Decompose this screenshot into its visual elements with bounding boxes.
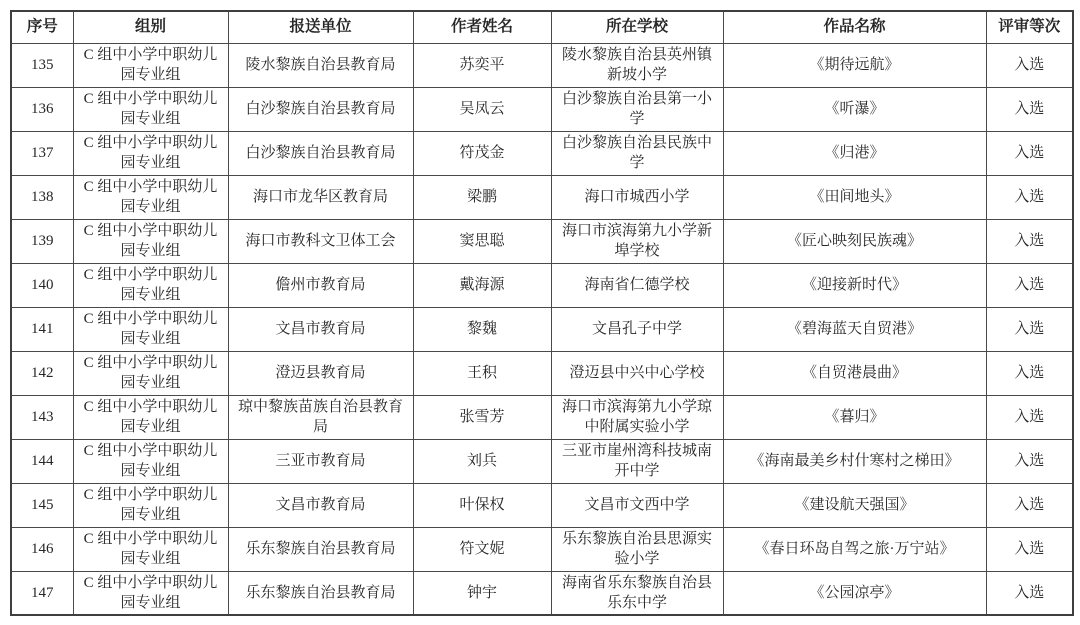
cell-group: C 组中小学中职幼儿园专业组 [73,527,228,571]
cell-title: 《建设航天强国》 [723,483,986,527]
cell-title: 《暮归》 [723,395,986,439]
cell-group: C 组中小学中职幼儿园专业组 [73,483,228,527]
cell-index: 136 [11,87,73,131]
cell-author: 苏奕平 [413,43,551,87]
table-row: 147C 组中小学中职幼儿园专业组乐东黎族自治县教育局钟宇海南省乐东黎族自治县乐… [11,571,1073,615]
cell-index: 137 [11,131,73,175]
cell-grade: 入选 [986,527,1073,571]
table-row: 138C 组中小学中职幼儿园专业组海口市龙华区教育局梁鹏海口市城西小学《田间地头… [11,175,1073,219]
cell-grade: 入选 [986,87,1073,131]
column-header-index: 序号 [11,11,73,43]
cell-title: 《听瀑》 [723,87,986,131]
cell-school: 澄迈县中兴中心学校 [551,351,723,395]
cell-grade: 入选 [986,263,1073,307]
cell-unit: 白沙黎族自治县教育局 [228,131,413,175]
cell-grade: 入选 [986,439,1073,483]
cell-index: 138 [11,175,73,219]
cell-unit: 白沙黎族自治县教育局 [228,87,413,131]
cell-title: 《期待远航》 [723,43,986,87]
cell-index: 141 [11,307,73,351]
table-row: 136C 组中小学中职幼儿园专业组白沙黎族自治县教育局吴凤云白沙黎族自治县第一小… [11,87,1073,131]
column-header-author: 作者姓名 [413,11,551,43]
cell-index: 146 [11,527,73,571]
cell-unit: 澄迈县教育局 [228,351,413,395]
cell-index: 140 [11,263,73,307]
table-row: 145C 组中小学中职幼儿园专业组文昌市教育局叶保权文昌市文西中学《建设航天强国… [11,483,1073,527]
table-row: 144C 组中小学中职幼儿园专业组三亚市教育局刘兵三亚市崖州湾科技城南开中学《海… [11,439,1073,483]
cell-grade: 入选 [986,307,1073,351]
cell-title: 《海南最美乡村什寒村之梯田》 [723,439,986,483]
column-header-unit: 报送单位 [228,11,413,43]
cell-group: C 组中小学中职幼儿园专业组 [73,43,228,87]
cell-school: 海口市城西小学 [551,175,723,219]
cell-unit: 乐东黎族自治县教育局 [228,571,413,615]
cell-grade: 入选 [986,219,1073,263]
table-row: 137C 组中小学中职幼儿园专业组白沙黎族自治县教育局符茂金白沙黎族自治县民族中… [11,131,1073,175]
cell-grade: 入选 [986,43,1073,87]
cell-grade: 入选 [986,395,1073,439]
cell-school: 文昌市文西中学 [551,483,723,527]
cell-group: C 组中小学中职幼儿园专业组 [73,131,228,175]
cell-school: 文昌孔子中学 [551,307,723,351]
cell-grade: 入选 [986,175,1073,219]
cell-unit: 三亚市教育局 [228,439,413,483]
cell-school: 白沙黎族自治县民族中学 [551,131,723,175]
cell-school: 海口市滨海第九小学新埠学校 [551,219,723,263]
column-header-grade: 评审等次 [986,11,1073,43]
cell-school: 陵水黎族自治县英州镇新坡小学 [551,43,723,87]
table-row: 140C 组中小学中职幼儿园专业组儋州市教育局戴海源海南省仁德学校《迎接新时代》… [11,263,1073,307]
table-row: 146C 组中小学中职幼儿园专业组乐东黎族自治县教育局符文妮乐东黎族自治县思源实… [11,527,1073,571]
cell-group: C 组中小学中职幼儿园专业组 [73,175,228,219]
cell-school: 海南省仁德学校 [551,263,723,307]
cell-author: 张雪芳 [413,395,551,439]
cell-grade: 入选 [986,131,1073,175]
cell-unit: 儋州市教育局 [228,263,413,307]
cell-author: 戴海源 [413,263,551,307]
cell-group: C 组中小学中职幼儿园专业组 [73,439,228,483]
cell-unit: 海口市教科文卫体工会 [228,219,413,263]
table-row: 142C 组中小学中职幼儿园专业组澄迈县教育局王积澄迈县中兴中心学校《自贸港晨曲… [11,351,1073,395]
cell-title: 《田间地头》 [723,175,986,219]
cell-grade: 入选 [986,351,1073,395]
cell-author: 符文妮 [413,527,551,571]
table-row: 143C 组中小学中职幼儿园专业组琼中黎族苗族自治县教育局张雪芳海口市滨海第九小… [11,395,1073,439]
cell-author: 叶保权 [413,483,551,527]
cell-school: 海南省乐东黎族自治县乐东中学 [551,571,723,615]
table-row: 141C 组中小学中职幼儿园专业组文昌市教育局黎魏文昌孔子中学《碧海蓝天自贸港》… [11,307,1073,351]
cell-unit: 乐东黎族自治县教育局 [228,527,413,571]
header-row: 序号组别报送单位作者姓名所在学校作品名称评审等次 [11,11,1073,43]
awards-table: 序号组别报送单位作者姓名所在学校作品名称评审等次 135C 组中小学中职幼儿园专… [10,10,1074,616]
cell-author: 符茂金 [413,131,551,175]
cell-title: 《碧海蓝天自贸港》 [723,307,986,351]
cell-title: 《自贸港晨曲》 [723,351,986,395]
cell-index: 139 [11,219,73,263]
table-row: 139C 组中小学中职幼儿园专业组海口市教科文卫体工会窦思聪海口市滨海第九小学新… [11,219,1073,263]
cell-school: 海口市滨海第九小学琼中附属实验小学 [551,395,723,439]
cell-unit: 海口市龙华区教育局 [228,175,413,219]
cell-title: 《迎接新时代》 [723,263,986,307]
cell-group: C 组中小学中职幼儿园专业组 [73,571,228,615]
cell-index: 143 [11,395,73,439]
cell-grade: 入选 [986,571,1073,615]
cell-school: 乐东黎族自治县思源实验小学 [551,527,723,571]
cell-index: 135 [11,43,73,87]
cell-school: 白沙黎族自治县第一小学 [551,87,723,131]
cell-unit: 文昌市教育局 [228,307,413,351]
cell-unit: 文昌市教育局 [228,483,413,527]
column-header-school: 所在学校 [551,11,723,43]
table-body: 135C 组中小学中职幼儿园专业组陵水黎族自治县教育局苏奕平陵水黎族自治县英州镇… [11,43,1073,615]
cell-index: 142 [11,351,73,395]
cell-title: 《春日环岛自驾之旅·万宁站》 [723,527,986,571]
table-row: 135C 组中小学中职幼儿园专业组陵水黎族自治县教育局苏奕平陵水黎族自治县英州镇… [11,43,1073,87]
cell-grade: 入选 [986,483,1073,527]
cell-author: 梁鹏 [413,175,551,219]
cell-group: C 组中小学中职幼儿园专业组 [73,395,228,439]
cell-author: 王积 [413,351,551,395]
cell-group: C 组中小学中职幼儿园专业组 [73,219,228,263]
column-header-title: 作品名称 [723,11,986,43]
awards-table-container: 序号组别报送单位作者姓名所在学校作品名称评审等次 135C 组中小学中职幼儿园专… [10,10,1074,616]
cell-author: 窦思聪 [413,219,551,263]
cell-author: 吴凤云 [413,87,551,131]
cell-index: 147 [11,571,73,615]
cell-title: 《归港》 [723,131,986,175]
cell-index: 144 [11,439,73,483]
cell-title: 《匠心映刻民族魂》 [723,219,986,263]
cell-title: 《公园凉亭》 [723,571,986,615]
cell-unit: 陵水黎族自治县教育局 [228,43,413,87]
cell-group: C 组中小学中职幼儿园专业组 [73,263,228,307]
cell-author: 钟宇 [413,571,551,615]
column-header-group: 组别 [73,11,228,43]
cell-author: 黎魏 [413,307,551,351]
cell-author: 刘兵 [413,439,551,483]
cell-group: C 组中小学中职幼儿园专业组 [73,351,228,395]
cell-school: 三亚市崖州湾科技城南开中学 [551,439,723,483]
cell-unit: 琼中黎族苗族自治县教育局 [228,395,413,439]
cell-group: C 组中小学中职幼儿园专业组 [73,307,228,351]
cell-group: C 组中小学中职幼儿园专业组 [73,87,228,131]
cell-index: 145 [11,483,73,527]
